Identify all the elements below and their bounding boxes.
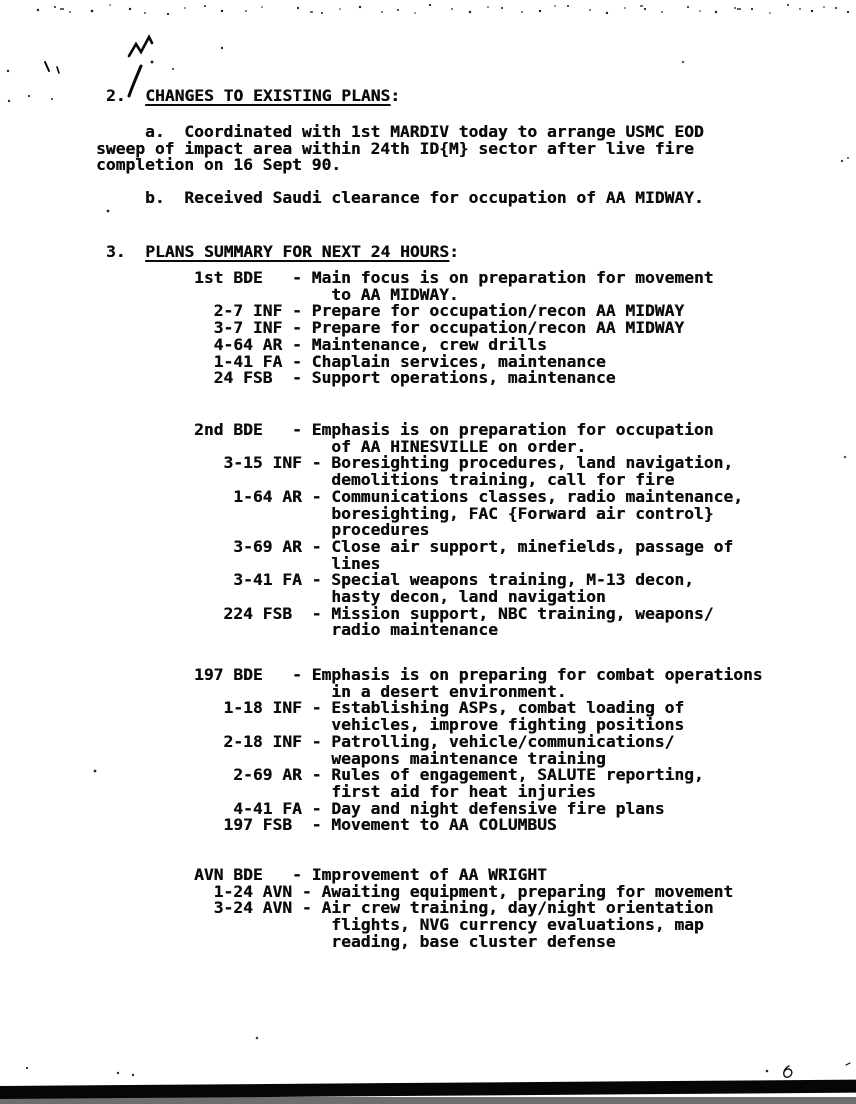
section3-heading-text: PLANS SUMMARY FOR NEXT 24 HOURS — [145, 242, 449, 261]
handwritten-six-icon — [784, 1063, 850, 1077]
section2-heading-colon: : — [390, 86, 400, 105]
section3-heading-colon: : — [449, 242, 459, 261]
section2-number: 2. — [106, 86, 126, 105]
section2-para-b: b. Received Saudi clearance for occupati… — [96, 190, 704, 207]
scan-edge-strip — [0, 1097, 856, 1104]
section3-number: 3. — [106, 242, 126, 261]
section3-heading: 3.PLANS SUMMARY FOR NEXT 24 HOURS: — [106, 244, 459, 261]
block-2nd-bde: 2nd BDE - Emphasis is on preparation for… — [96, 422, 743, 639]
block-197-bde: 197 BDE - Emphasis is on preparing for c… — [96, 667, 763, 834]
document-page: 2.CHANGES TO EXISTING PLANS: a. Coordina… — [0, 0, 856, 1104]
scan-speckles-top-icon — [37, 4, 849, 15]
block-avn-bde: AVN BDE - Improvement of AA WRIGHT 1-24 … — [96, 867, 733, 951]
block-1st-bde: 1st BDE - Main focus is on preparation f… — [96, 270, 714, 387]
section2-para-a: a. Coordinated with 1st MARDIV today to … — [96, 124, 704, 174]
section2-heading: 2.CHANGES TO EXISTING PLANS: — [106, 88, 400, 105]
section2-heading-text: CHANGES TO EXISTING PLANS — [145, 86, 390, 105]
